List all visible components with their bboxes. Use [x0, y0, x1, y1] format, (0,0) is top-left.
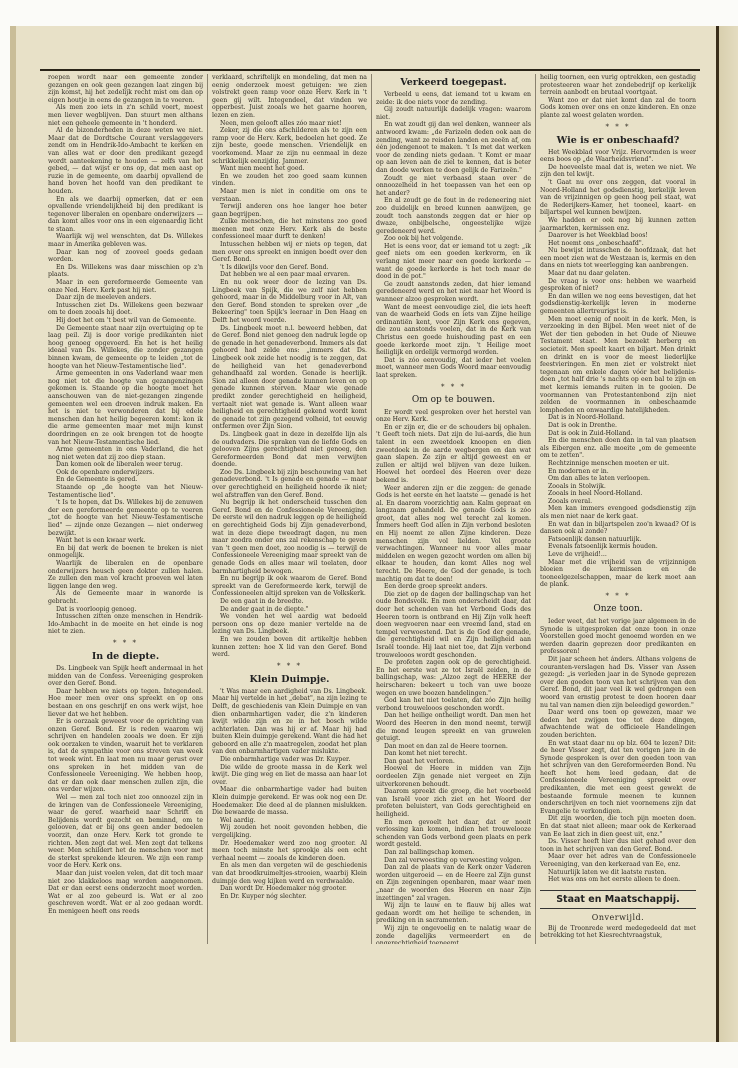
paragraph: En we zouden het zoo goed saam kunnen vi… [212, 173, 367, 188]
paragraph: Men kan immers evengoed godsdienstig zij… [540, 505, 696, 520]
paragraph: En wat dan in biljartspelen zoo'n kwaad?… [540, 521, 696, 536]
paragraph: Hoewel de Heere in midden van Zijn oorde… [376, 765, 531, 788]
section-divider-asterisks: * * * [48, 639, 203, 648]
paragraph: Hij doet het om 't best wil van de Gemee… [48, 317, 203, 325]
paragraph: De profeten zagen ook op de gerechtighei… [376, 659, 531, 697]
paragraph: Wel aardig. [212, 817, 367, 825]
paragraph: Verbeeld u eens, dat iemand tot u kwam e… [376, 91, 531, 106]
paragraph: Want de meest eenvoudige ziel, die iets … [376, 304, 531, 357]
paragraph: Zooals in heel Noord-Holland. [540, 490, 696, 498]
article-subheading: Onverwijld. [540, 912, 696, 923]
article-heading: Verkeerd toegepast. [376, 76, 531, 89]
paragraph: Een derde groep spreekt anders. [376, 583, 531, 591]
paragraph: Maar dat nu daar gelaten. [540, 270, 696, 278]
paragraph: Maar in een gereformeerde Gemeente van o… [48, 279, 203, 294]
paragraph: Dan gaat het verloren. [376, 758, 531, 766]
paragraph: Intusschen ziet Ds. Willekens geen bezwa… [48, 302, 203, 317]
paragraph: Daar kan nog of zooveel goeds gedaan wor… [48, 249, 203, 264]
paragraph: Wij zouden het nooit gevonden hebben, di… [212, 824, 367, 839]
paragraph: Als men zoo iets in z'n schild voert, mo… [48, 104, 203, 127]
paragraph: Dan zal ballingschap komen. [376, 849, 531, 857]
paragraph: Nu bewijst intusschen de hoofdzaak, dat … [540, 247, 696, 270]
paragraph: Wij zijn te ongevoelig en te nalatig waa… [376, 925, 531, 944]
paragraph: Om dan alles te laten verloopen. [540, 475, 696, 483]
paragraph: En wat zoudt gij dan wel denken, wanneer… [376, 121, 531, 174]
paragraph: Intusschen hebben wij er niets op tegen,… [212, 241, 367, 264]
paragraph: We hadden er ook nog bij kunnen zetten j… [540, 217, 696, 232]
paragraph: Staande op „de hoogte van het Nieuw-Test… [48, 484, 203, 499]
paragraph: Zulke menschen, die het minstens zoo goe… [212, 218, 367, 241]
paragraph: Ge zoudt aanstonds zeden, dat hier ieman… [376, 281, 531, 304]
paragraph: Dan het heilige ontheiligt wordt. Dan me… [376, 712, 531, 742]
paragraph: En men gevoelt het daar, dat er nooit ve… [376, 819, 531, 849]
paragraph: En als men dan vergeten wil de geschiede… [212, 862, 367, 885]
paragraph: God kan het niet toelaten, dat zóo Zijn … [376, 697, 531, 712]
paragraph: Wij zijn te lauw en te flauw bij alles w… [376, 902, 531, 925]
paragraph: Maar men is niet in conditie om ons te v… [212, 188, 367, 203]
paragraph: Want zoo er dat niet komt dan zal de too… [540, 97, 696, 120]
paragraph: Bij de Troonrede werd medegedeeld dat me… [540, 925, 696, 940]
paragraph: Dan wordt Dr. Hoedemaker nóg grooter. [212, 885, 367, 893]
paragraph: 't Was maar een aardigheid van Ds. Lingb… [212, 688, 367, 756]
paragraph: Zooals in Stolwijk. [540, 483, 696, 491]
paragraph: Rechtzinnige menschen moeten er uit. [540, 460, 696, 468]
paragraph: Het noemt ons „onbeschaafd". [540, 240, 696, 248]
paragraph: Arme gemeenten in ons Vaderland, die het… [48, 446, 203, 461]
paragraph: Ds. Lingbeek van Spijk heeft andermaal i… [48, 665, 203, 688]
paragraph: Die onbarmhartige vader was Dr. Kuyper. [212, 756, 367, 764]
paragraph: De Gemeente staat naar zijn overtuiging … [48, 325, 203, 371]
paragraph: En als we daarbij opmerken, dat er een o… [48, 196, 203, 234]
article-heading: Klein Duimpje. [212, 673, 367, 686]
paragraph: Neen, men gelooft alles zóo maar niet! [212, 120, 367, 128]
column-4: heilig toornen, een vurig optrekken, een… [536, 74, 700, 944]
paragraph: Dat is ook in Drenthe. [540, 422, 696, 430]
paragraph: Terwijl anderen ons hoe langer hoe beter… [212, 203, 367, 218]
binding-spine [716, 26, 738, 1042]
paragraph: Arme gemeenten in ons Vaderland waar men… [48, 370, 203, 446]
paragraph: De een gaat in de breedte. [212, 598, 367, 606]
paragraph: Dr. Hoedemaker werd zoo nog grooter. Al … [212, 840, 367, 863]
column-3: Verkeerd toegepast.Verbeeld u eens, dat … [372, 74, 536, 944]
paragraph: Intusschen zitten onze menschen in Hendr… [48, 613, 203, 636]
paragraph: De ander gaat in de diepte." [212, 606, 367, 614]
paragraph: Daar werd ons toen op gewezen, maar we d… [540, 709, 696, 739]
paragraph: heilig toornen, een vurig optrekken, een… [540, 74, 696, 97]
paragraph: Die wilde de groote massa in de Kerk wel… [212, 764, 367, 787]
paragraph: 't Is te hopen, dat Ds. Willekes bij de … [48, 499, 203, 537]
paragraph: Daar hebben we niets op tegen. Integende… [48, 688, 203, 718]
paragraph: Al de bizonderheden in deze weten we nie… [48, 127, 203, 195]
paragraph: En dan willen we nog eens bevestigen, da… [540, 293, 696, 316]
paragraph: Want het is een kwaar werk. [48, 537, 203, 545]
paragraph: Het Weekblad voor Vrijz. Hervormden is w… [540, 149, 696, 164]
paragraph: 't Is dikwijls voor den Geref. Bond. [212, 264, 367, 272]
paragraph: Ds. Visser heeft hier dus niet gehad ove… [540, 838, 696, 853]
paragraph: Dat hebben we al een paar maal ervaren. [212, 271, 367, 279]
paragraph: De vraag is voor ons: hebben we waarheid… [540, 278, 696, 293]
paragraph: Waarlijk de liberalen en de openbare ond… [48, 560, 203, 590]
paragraph: Het is eens voor, dat er iemand tot u ze… [376, 243, 531, 281]
paragraph: Men moet eenig of nooit in de kerk. Men,… [540, 316, 696, 415]
article-columns: roepen wordt naar een gemeente zonder ge… [44, 74, 700, 944]
paragraph: Zoudt ge niet verbaasd staan over de onn… [376, 175, 531, 198]
paragraph: Dit zijn woorden, die toch pijn moeten d… [540, 815, 696, 838]
paragraph: De hoeveelste maal dat is, weten we niet… [540, 164, 696, 179]
section-divider-asterisks: * * * [212, 662, 367, 671]
paragraph: Zeker, zij die ons afschilderen als te z… [212, 127, 367, 165]
paragraph: Weer anderen zijn er die zeggen: de gena… [376, 485, 531, 584]
paragraph: Dat is ook in Zuid-Holland. [540, 430, 696, 438]
paragraph: Gij zoudt natuurlijk dadelijk vragen: wa… [376, 106, 531, 121]
paragraph: Zoo ook bij het volgende. [376, 235, 531, 243]
section-title: Staat en Maatschappij. [540, 890, 696, 909]
paragraph: En bij dat werk de boenen te breken is n… [48, 545, 203, 560]
paragraph: roepen wordt naar een gemeente zonder ge… [48, 74, 203, 104]
paragraph: Want men meent het goed. [212, 165, 367, 173]
paragraph: Waarlijk wij wel wenschten, dat Ds. Will… [48, 233, 203, 248]
paragraph: Maar dan juist voelen velen, dat dit toc… [48, 870, 203, 916]
paragraph: En er zijn er, die er de schouders bij o… [376, 424, 531, 485]
paragraph: Dat is in Noord-Holland. [540, 414, 696, 422]
paragraph: Dan komen ook de liberalen weer terug. [48, 461, 203, 469]
paragraph: En modernen er in. [540, 468, 696, 476]
paragraph: Die ziet op de dagen der ballingschap va… [376, 591, 531, 659]
paragraph: Ds. Lingbeek moet n.l. beweerd hebben, d… [212, 325, 367, 431]
article-heading: Wie is er onbeschaafd? [540, 134, 696, 147]
paragraph: verklaard, schriftelijk en mondeling, da… [212, 74, 367, 120]
paragraph: En al zoudt ge de fout in de redeneering… [376, 197, 531, 235]
paragraph: En de Gemeente is gered. [48, 476, 203, 484]
section-divider-asterisks: * * * [540, 592, 696, 601]
section-divider-asterisks: * * * [540, 123, 696, 132]
paragraph: En nu begrijp ik ook waarom de Geref. Bo… [212, 575, 367, 598]
paragraph: Er wordt veel gesproken over het herstel… [376, 409, 531, 424]
paragraph: Wel — men zal toch niet zoo onnoozel zij… [48, 794, 203, 870]
paragraph: Ds. Lingbeek gaat in deze in dezelfde li… [212, 431, 367, 469]
paragraph: En wat staat daar nu op blz. 604 te leze… [540, 740, 696, 816]
paragraph: Er is oorzaak geweest voor de oprichting… [48, 718, 203, 794]
paragraph: En Ds. Willekens was daar misschien op z… [48, 264, 203, 279]
paragraph: Dan zal de plaats van de Kerk onzer Vade… [376, 864, 531, 902]
article-heading: In de diepte. [48, 650, 203, 663]
paragraph: En die menschen doen dan in tal van plaa… [540, 437, 696, 460]
paragraph: Zooals overal. [540, 498, 696, 506]
paragraph: Daarover is het Weekblad boos! [540, 232, 696, 240]
paragraph: En Dr. Kuyper nóg slechter. [212, 893, 367, 901]
paragraph: Het was ons om het eerste alleen te doen… [540, 876, 696, 884]
article-heading: Onze toon. [540, 603, 696, 616]
paragraph: Dat is zóo eenvoudig, dat ieder het voel… [376, 357, 531, 380]
paragraph: Natuurlijk laten we dit laatste rusten. [540, 869, 696, 877]
paragraph: 't Gaat nu over ons zeggen, dat vooral i… [540, 179, 696, 217]
paragraph: Maar over het adres van de Confessioneel… [540, 853, 696, 868]
paragraph: Dit jaar scheen het ánders. Althans volg… [540, 656, 696, 709]
column-1: roepen wordt naar een gemeente zonder ge… [44, 74, 208, 944]
paragraph: Maar met die vrijheid van de vrijzinnige… [540, 559, 696, 589]
paragraph: Ieder weet, dat het vorige jaar algemeen… [540, 618, 696, 656]
paragraph: We vonden het wel aardig wat bedoeld per… [212, 613, 367, 636]
paragraph: Daar zijn de meeleven anders. [48, 294, 203, 302]
paragraph: En we zouden boven dit artikeltje hebben… [212, 636, 367, 659]
paragraph: Dan zal verwoesting op verwoesting volge… [376, 857, 531, 865]
paragraph: Als de Gemeente maar in wanorde is gebra… [48, 590, 203, 605]
column-2: verklaard, schriftelijk en mondeling, da… [208, 74, 372, 944]
paragraph: Zoo Ds. Lingbeek bij zijn beschouwing va… [212, 469, 367, 499]
section-divider-asterisks: * * * [376, 383, 531, 392]
paragraph: Fatsoenlijk dansen natuurlijk. [540, 536, 696, 544]
paragraph: Evenals fatsoenlijk kermis houden. [540, 543, 696, 551]
paragraph: Leve de vrijheid!... [540, 551, 696, 559]
article-heading: Om op te bouwen. [376, 394, 531, 407]
paragraph: Dat is voorloopig genoeg. [48, 606, 203, 614]
paragraph: Dan moet en dan zal de Heere toornen. [376, 743, 531, 751]
paragraph: Maar die onbarmhartige vader had buiten … [212, 786, 367, 816]
paragraph: Daarom spreekt die groep, die het voorbe… [376, 788, 531, 818]
paragraph: En nu ook weer door de lezing van Ds. Li… [212, 279, 367, 325]
paragraph: Nu begrijp ik het onderscheid tusschen d… [212, 499, 367, 575]
header-rule [40, 69, 700, 71]
paragraph: Ook de openbare onderwijzers. [48, 469, 203, 477]
paragraph: Dan komt het niet terecht. [376, 750, 531, 758]
